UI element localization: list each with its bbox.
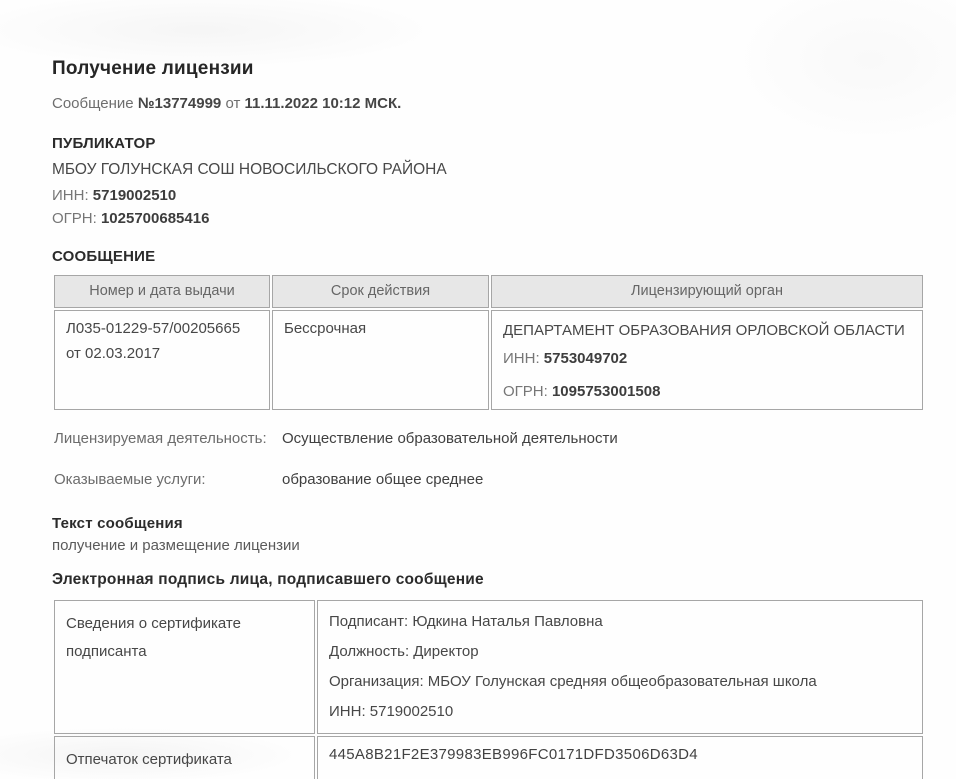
message-heading: СООБЩЕНИЕ	[52, 248, 925, 265]
message-number: №13774999	[138, 95, 221, 112]
signature-table: Сведения о сертификате подписанта Подпис…	[52, 598, 925, 779]
publisher-inn-line: ИНН: 5719002510	[52, 187, 925, 204]
publisher-ogrn-line: ОГРН: 1025700685416	[52, 210, 925, 227]
authority-inn-value: 5753049702	[544, 350, 627, 367]
message-section: СООБЩЕНИЕ Номер и дата выдачи Срок дейст…	[52, 248, 925, 494]
license-table-row: Л035-01229-57/00205665 от 02.03.2017 Бес…	[54, 310, 923, 410]
services-value: образование общее среднее	[282, 466, 483, 494]
fingerprint-row: Отпечаток сертификата 445A8B21F2E379983E…	[54, 736, 923, 779]
license-table-header-row: Номер и дата выдачи Срок действия Лиценз…	[54, 275, 923, 308]
services-label: Оказываемые услуги:	[54, 466, 282, 494]
publisher-heading: ПУБЛИКАТОР	[52, 135, 925, 152]
message-text-section: Текст сообщения получение и размещение л…	[52, 515, 925, 554]
fingerprint-value-cell: 445A8B21F2E379983EB996FC0171DFD3506D63D4	[317, 736, 923, 779]
fingerprint-value: 445A8B21F2E379983EB996FC0171DFD3506D63D4	[329, 746, 698, 763]
license-number-cell: Л035-01229-57/00205665 от 02.03.2017	[54, 310, 270, 410]
authority-ogrn-label: ОГРН:	[503, 383, 548, 400]
certificate-info-label: Сведения о сертификате подписанта	[54, 600, 315, 734]
message-text-body: получение и размещение лицензии	[52, 537, 925, 554]
license-properties: Лицензируемая деятельность: Осуществлени…	[54, 425, 925, 494]
authority-ogrn-line: ОГРН: 1095753001508	[503, 383, 911, 400]
message-datetime: 11.11.2022 10:12 МСК.	[245, 95, 402, 112]
authority-ogrn-value: 1095753001508	[552, 383, 660, 400]
certificate-info-cell: Подписант: Юдкина Наталья Павловна Должн…	[317, 600, 923, 734]
fingerprint-label: Отпечаток сертификата	[54, 736, 315, 779]
license-validity-cell: Бессрочная	[272, 310, 489, 410]
publisher-ogrn-label: ОГРН:	[52, 210, 97, 227]
licensed-activity-value: Осуществление образовательной деятельнос…	[282, 425, 618, 453]
license-table-header-validity: Срок действия	[272, 275, 489, 308]
message-meta-line: Сообщение №13774999 от 11.11.2022 10:12 …	[52, 95, 925, 112]
publisher-name: МБОУ ГОЛУНСКАЯ СОШ НОВОСИЛЬСКОГО РАЙОНА	[52, 161, 925, 179]
services-row: Оказываемые услуги: образование общее ср…	[54, 466, 925, 494]
certificate-signer: Подписант: Юдкина Наталья Павловна	[329, 612, 911, 632]
authority-inn-label: ИНН:	[503, 350, 540, 367]
document-page: Получение лицензии Сообщение №13774999 о…	[0, 0, 956, 779]
publisher-inn-value: 5719002510	[93, 187, 176, 204]
message-meta-from: от	[225, 95, 240, 112]
authority-name: ДЕПАРТАМЕНТ ОБРАЗОВАНИЯ ОРЛОВСКОЙ ОБЛАСТ…	[503, 320, 911, 341]
certificate-organization: Организация: МБОУ Голунская средняя обще…	[329, 672, 911, 692]
message-text-heading: Текст сообщения	[52, 515, 925, 532]
license-table-header-number: Номер и дата выдачи	[54, 275, 270, 308]
publisher-inn-label: ИНН:	[52, 187, 89, 204]
licensed-activity-label: Лицензируемая деятельность:	[54, 425, 282, 453]
license-issue-date: от 02.03.2017	[66, 345, 258, 362]
page-title: Получение лицензии	[52, 58, 925, 80]
license-number: Л035-01229-57/00205665	[66, 320, 258, 337]
publisher-ogrn-value: 1025700685416	[101, 210, 209, 227]
message-meta-prefix: Сообщение	[52, 95, 134, 112]
license-table-header-authority: Лицензирующий орган	[491, 275, 923, 308]
certificate-position: Должность: Директор	[329, 642, 911, 662]
license-table: Номер и дата выдачи Срок действия Лиценз…	[52, 273, 925, 412]
publisher-section: ПУБЛИКАТОР МБОУ ГОЛУНСКАЯ СОШ НОВОСИЛЬСК…	[52, 135, 925, 227]
authority-inn-line: ИНН: 5753049702	[503, 350, 911, 367]
license-authority-cell: ДЕПАРТАМЕНТ ОБРАЗОВАНИЯ ОРЛОВСКОЙ ОБЛАСТ…	[491, 310, 923, 410]
licensed-activity-row: Лицензируемая деятельность: Осуществлени…	[54, 425, 925, 453]
certificate-inn: ИНН: 5719002510	[329, 702, 911, 722]
certificate-info-row: Сведения о сертификате подписанта Подпис…	[54, 600, 923, 734]
signature-heading: Электронная подпись лица, подписавшего с…	[52, 571, 925, 589]
